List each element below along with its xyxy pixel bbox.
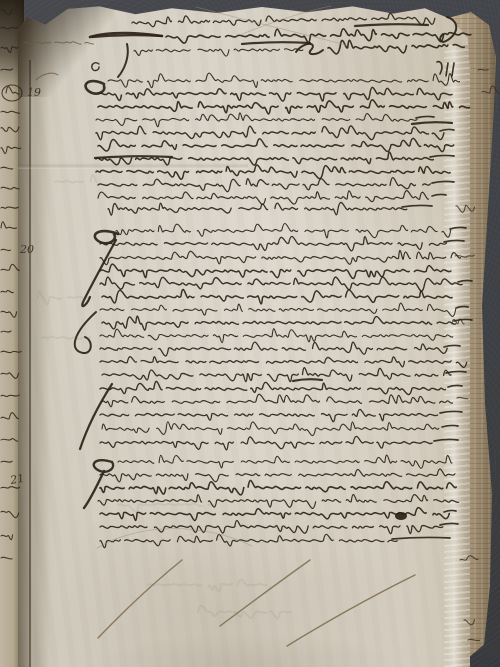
marginal-note (24, 42, 94, 80)
ink-blot (395, 512, 407, 520)
pen-trial-strokes (98, 560, 415, 646)
entry-20-paragraph (100, 223, 472, 449)
pen-flourishes (75, 17, 457, 508)
header-lines (132, 13, 471, 56)
handwriting-layer: 192021 (0, 0, 500, 667)
faint-scratch-lines (97, 6, 346, 548)
handwritten-text-blocks (96, 13, 472, 547)
show-through-ghost-writing (38, 175, 290, 619)
entry-21-paragraph (98, 455, 459, 548)
svg-text:20: 20 (19, 243, 34, 256)
svg-text:21: 21 (8, 472, 25, 487)
svg-text:19: 19 (27, 86, 41, 99)
manuscript-photo: 192021 (0, 0, 500, 667)
margin-entry-numbers: 192021 (8, 86, 41, 487)
entry-19-paragraph (96, 73, 470, 215)
fore-edge-ink-marks (452, 69, 499, 640)
